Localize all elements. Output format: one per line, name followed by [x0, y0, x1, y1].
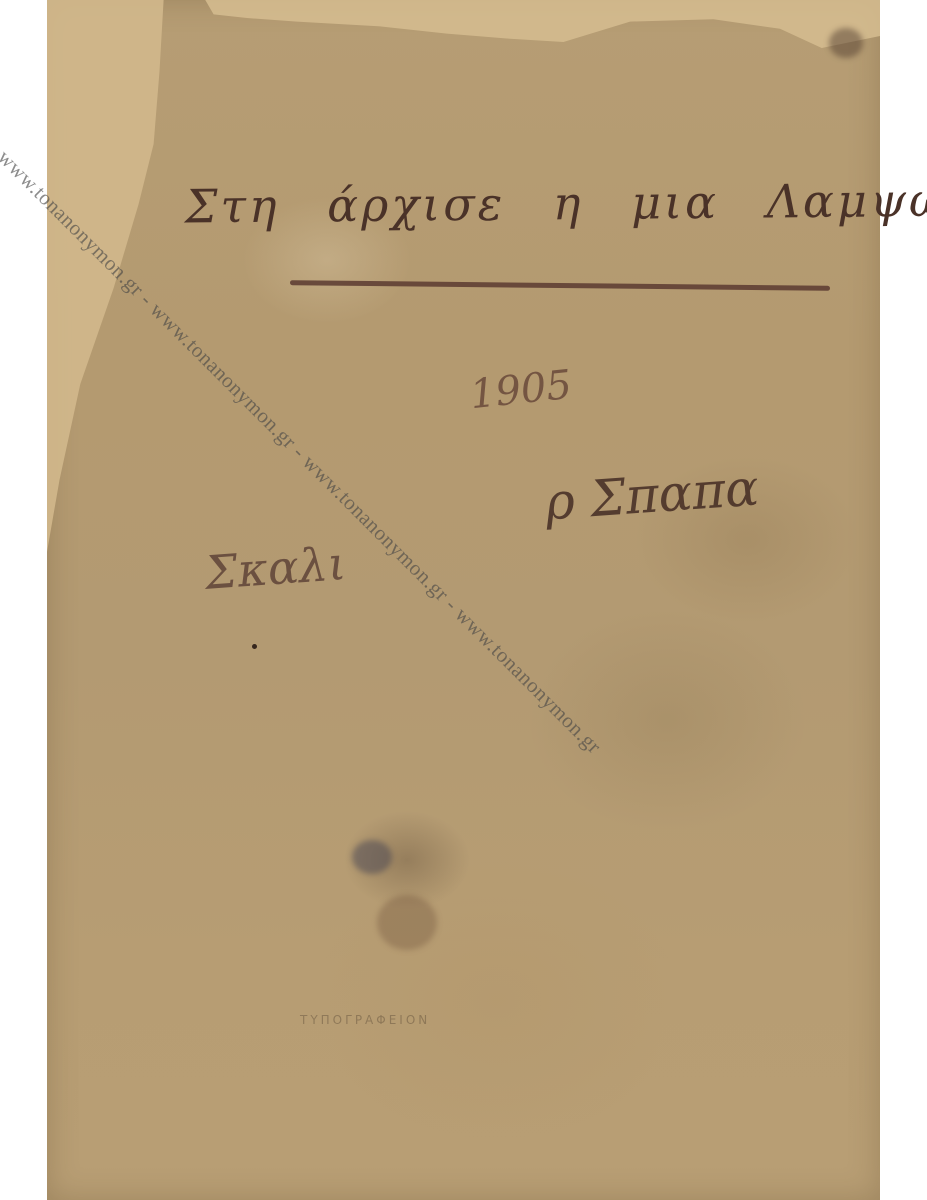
handwritten-signature: ρ Σπαπα: [544, 463, 761, 528]
ink-stain-center: [352, 840, 392, 874]
water-stain-center: [377, 895, 437, 950]
faint-printed-text: ΤΥΠΟΓΡΑΦΕΙΟΝ: [300, 1013, 430, 1027]
ink-stain-top-right: [829, 28, 863, 58]
ink-dot-left: [252, 644, 257, 649]
handwritten-title: Στη άρχισε η μια Λαμψωρι: [185, 176, 927, 229]
scan-background: Στη άρχισε η μια Λαμψωρι 1905 ρ Σπαπα Σκ…: [0, 0, 927, 1200]
handwritten-year: 1905: [468, 365, 573, 415]
handwritten-name: Σκαλι: [204, 540, 348, 596]
